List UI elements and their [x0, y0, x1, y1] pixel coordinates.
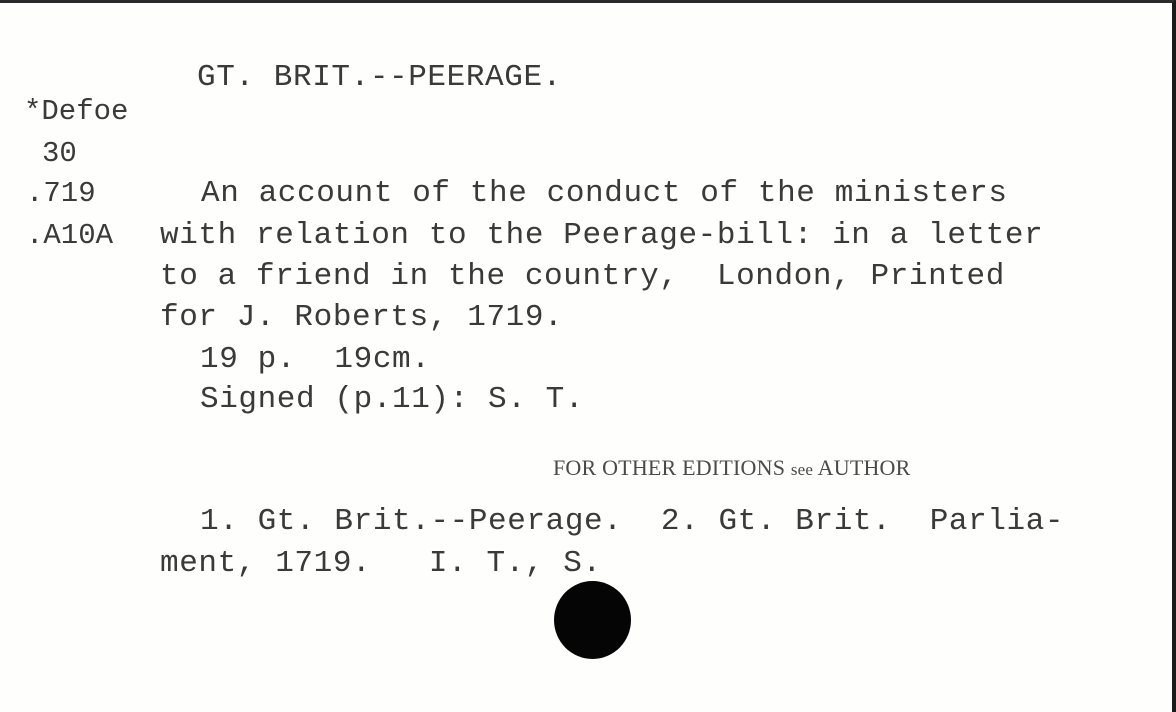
call-number-line: .719 — [26, 173, 96, 214]
catalog-card: GT. BRIT.--PEERAGE. *Defoe 30 .719 .A10A… — [0, 0, 1176, 712]
stamp-see: see — [791, 460, 813, 479]
call-number-line: 30 — [42, 133, 77, 174]
stamp-main: FOR OTHER EDITIONS — [553, 455, 791, 480]
tracing-line: 1. Gt. Brit.--Peerage. 2. Gt. Brit. Parl… — [200, 501, 1064, 542]
tracing-line: ment, 1719. I. T., S. — [160, 543, 602, 584]
body-line: An account of the conduct of the ministe… — [201, 173, 1008, 214]
stamp-author: AUTHOR — [813, 455, 910, 480]
other-editions-stamp: FOR OTHER EDITIONS see AUTHOR — [553, 455, 911, 481]
subject-heading: GT. BRIT.--PEERAGE. — [197, 57, 562, 98]
collation: 19 p. 19cm. — [200, 339, 430, 380]
note: Signed (p.11): S. T. — [200, 379, 584, 420]
body-line: with relation to the Peerage-bill: in a … — [160, 215, 1043, 256]
call-number-line: *Defoe — [24, 91, 128, 132]
call-number-line: .A10A — [26, 215, 113, 256]
body-line: for J. Roberts, 1719. — [160, 297, 563, 338]
body-line: to a friend in the country, London, Prin… — [160, 256, 1005, 297]
punch-hole — [554, 581, 631, 659]
